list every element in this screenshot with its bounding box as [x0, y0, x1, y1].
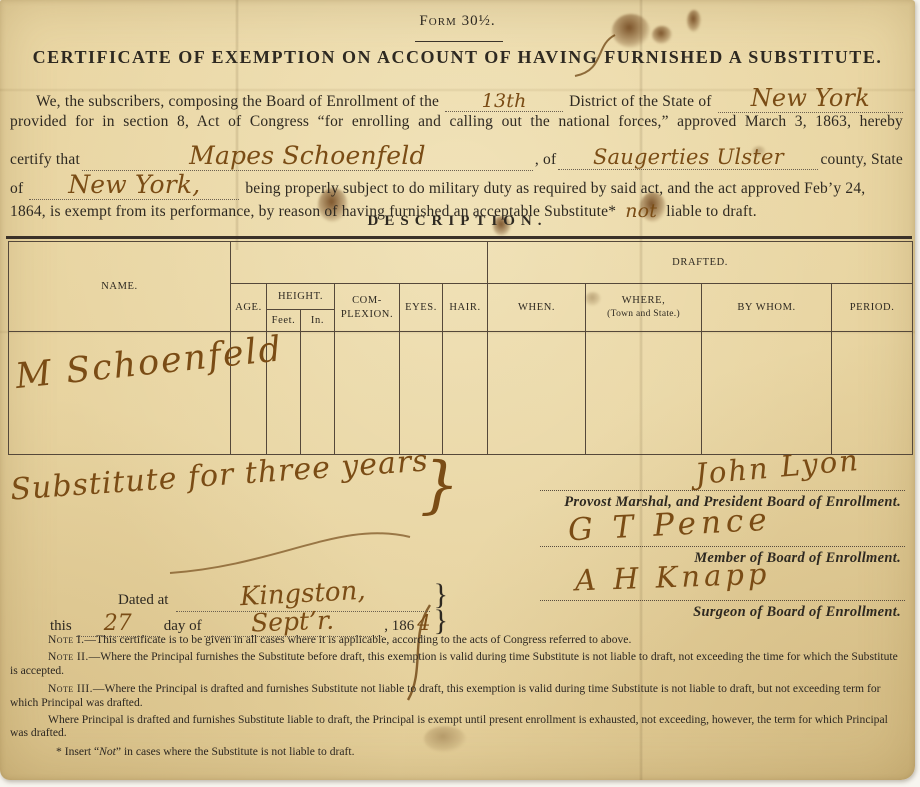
note-2-text: —Where the Principal furnishes the Subst… — [10, 650, 898, 677]
col-header-where-line2: (Town and State.) — [607, 309, 680, 319]
header-spacer — [231, 242, 488, 284]
note-asterisk-label: * — [56, 745, 62, 758]
description-table: NAME. DRAFTED. AGE. HEIGHT. COM- PLEXION… — [8, 241, 913, 455]
col-header-eyes: EYES. — [400, 284, 443, 332]
note-1-text: —This certificate is to be given in all … — [84, 633, 631, 646]
document-title: CERTIFICATE OF EXEMPTION ON ACCOUNT OF H… — [30, 47, 885, 68]
note-3-label: Note III. — [48, 682, 93, 695]
col-header-period: PERIOD. — [832, 284, 913, 332]
paper-sheet: Form 30½. CERTIFICATE OF EXEMPTION ON AC… — [0, 0, 915, 780]
preamble-line-2: provided for in section 8, Act of Congre… — [10, 113, 903, 131]
table-top-rule — [6, 236, 912, 239]
signature-title-surgeon: Surgeon of Board of Enrollment. — [693, 604, 901, 621]
note-2: Note II.—Where the Principal furnishes t… — [10, 650, 907, 677]
preamble-text: We, the subscribers, composing the Board… — [10, 93, 439, 111]
preamble-text: county, State — [820, 151, 903, 169]
state-blank: New York — [718, 84, 903, 113]
col-header-by-whom: BY WHOM. — [702, 284, 832, 332]
signature-line — [540, 490, 905, 491]
col-header-where-line1: WHERE, — [622, 295, 666, 306]
preamble-line-3: certify that Mapes Schoenfeld , of Sauge… — [10, 141, 903, 171]
cell-where — [586, 332, 702, 455]
state2-value: New York, — [68, 170, 200, 199]
col-header-age: AGE. — [231, 284, 267, 332]
col-header-name: NAME. — [9, 242, 231, 332]
principal-name-value: Mapes Schoenfeld — [189, 141, 426, 170]
note-3-text: —Where the Principal is drafted and furn… — [10, 682, 880, 709]
preamble-line-1: We, the subscribers, composing the Board… — [10, 84, 903, 113]
ink-flourish — [160, 525, 420, 585]
signature-line — [540, 600, 905, 601]
year-digit-value: 4 — [417, 611, 430, 635]
note-asterisk-pre: Insert “ — [65, 745, 99, 758]
row-name-signature: M Schoenfeld — [13, 335, 231, 397]
district-value: 13th — [482, 90, 527, 112]
county-blank: Saugerties Ulster — [558, 145, 818, 170]
col-header-hair: HAIR. — [443, 284, 488, 332]
principal-name-blank: Mapes Schoenfeld — [82, 141, 533, 171]
preamble-text: of — [10, 180, 23, 198]
preamble-text: , of — [535, 151, 556, 169]
description-heading: DESCRIPTION. — [0, 213, 915, 230]
note-asterisk-post: ” in cases where the Substitute is not l… — [116, 745, 355, 758]
cell-eyes — [400, 332, 443, 455]
endorsement-brace: } — [420, 448, 459, 521]
col-group-drafted: DRAFTED. — [488, 242, 913, 284]
note-4: Where Principal is drafted and furnishes… — [10, 713, 907, 740]
note-asterisk-italic: Not — [99, 745, 116, 758]
cell-period — [832, 332, 913, 455]
note-4-text: Where Principal is drafted and furnishes… — [10, 713, 888, 740]
district-blank: 13th — [445, 89, 563, 112]
col-header-when: WHEN. — [488, 284, 586, 332]
preamble-text: certify that — [10, 151, 80, 169]
signature-line — [540, 546, 905, 547]
preamble-line-4: of New York, being properly subject to d… — [10, 170, 903, 200]
col-header-complexion: COM- PLEXION. — [335, 284, 400, 332]
col-header-height: HEIGHT. — [267, 284, 335, 310]
col-header-complexion-line2: PLEXION. — [341, 309, 393, 320]
cell-complexion — [335, 332, 400, 455]
cell-when — [488, 332, 586, 455]
note-1-label: Note I. — [48, 633, 84, 646]
state-value: New York — [751, 84, 870, 112]
cell-by-whom — [702, 332, 832, 455]
header-rule — [415, 41, 503, 42]
table-row: M Schoenfeld — [9, 332, 913, 455]
col-header-where: WHERE, (Town and State.) — [586, 284, 702, 332]
state2-blank: New York, — [29, 170, 239, 200]
note-3: Note III.—Where the Principal is drafted… — [10, 682, 907, 709]
cell-inches — [301, 332, 335, 455]
note-2-label: Note II. — [48, 650, 89, 663]
document-scan: { "header": { "form_number": "Form 30½."… — [0, 0, 920, 787]
county-value: Saugerties Ulster — [593, 145, 784, 169]
col-header-complexion-line1: COM- — [352, 295, 382, 306]
cell-name: M Schoenfeld — [9, 332, 231, 455]
form-number: Form 30½. — [0, 13, 915, 30]
preamble-text: being properly subject to do military du… — [245, 180, 903, 198]
note-asterisk: * Insert “Not” in cases where the Substi… — [10, 745, 907, 759]
notes-block: Note I.—This certificate is to be given … — [10, 633, 907, 762]
cell-hair — [443, 332, 488, 455]
signature-surgeon: A H Knapp — [574, 557, 771, 598]
preamble-text: District of the State of — [569, 93, 712, 111]
col-header-inches: In. — [301, 310, 335, 332]
col-header-feet: Feet. — [267, 310, 301, 332]
note-1: Note I.—This certificate is to be given … — [10, 633, 907, 647]
